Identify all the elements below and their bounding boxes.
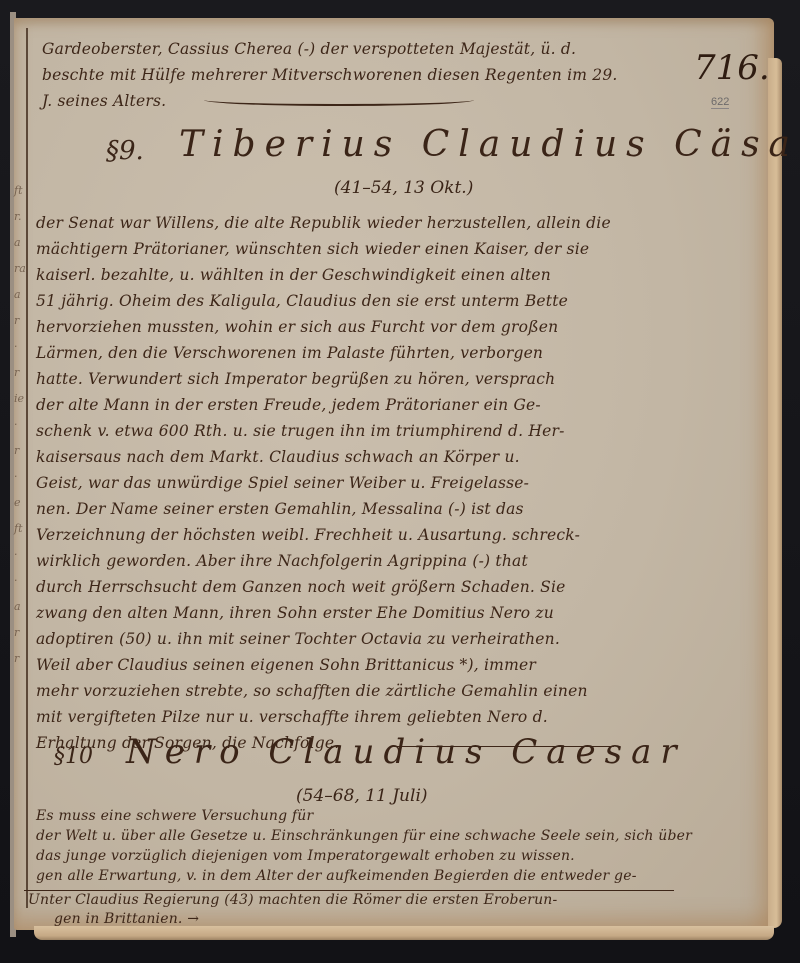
brace-flourish: [204, 94, 474, 106]
margin-rule: [26, 28, 28, 908]
section-dates: (54–68, 11 Juli): [296, 786, 428, 806]
text-line: zwang den alten Mann, ihren Sohn erster …: [36, 604, 554, 622]
bleed-mark: ft: [14, 178, 26, 204]
bleed-mark: ft: [14, 516, 26, 542]
text-line: mehr vorzuziehen strebte, so schafften d…: [36, 682, 588, 700]
text-line: kaiserl. bezahlte, u. wählten in der Ges…: [36, 266, 551, 284]
page-edge-right: [768, 58, 782, 928]
bleed-mark: a: [14, 282, 26, 308]
footnote-line: gen in Brittanien. →: [54, 911, 199, 927]
bleed-mark: r: [14, 360, 26, 386]
text-line: nen. Der Name seiner ersten Gemahlin, Me…: [36, 500, 524, 518]
footnote-divider: [24, 890, 674, 891]
section-title: Tiberius Claudius Cäsar: [179, 124, 800, 165]
text-line: Weil aber Claudius seinen eigenen Sohn B…: [36, 656, 536, 674]
text-line: 51 jährig. Oheim des Kaligula, Claudius …: [36, 292, 568, 310]
text-line: kaisersaus nach dem Markt. Claudius schw…: [36, 448, 520, 466]
text-line: schenk v. etwa 600 Rth. u. sie trugen ih…: [36, 422, 565, 440]
bleed-mark: r: [14, 620, 26, 646]
bleed-mark: ·: [14, 464, 26, 490]
text-line: beschte mit Hülfe mehrerer Mitverschwore…: [42, 66, 618, 84]
text-line: Verzeichnung der höchsten weibl. Frechhe…: [36, 526, 580, 544]
text-line: mächtigern Prätorianer, wünschten sich w…: [36, 240, 589, 258]
text-line: Es muss eine schwere Versuchung für: [36, 808, 313, 824]
text-line: gen alle Erwartung, v. in dem Alter der …: [36, 868, 637, 884]
text-line: hatte. Verwundert sich Imperator begrüße…: [36, 370, 555, 388]
bleed-mark: e: [14, 490, 26, 516]
archive-number: 622: [711, 96, 729, 109]
bleed-mark: a: [14, 230, 26, 256]
section-dates: (41–54, 13 Okt.): [334, 178, 473, 198]
bleed-mark: ·: [14, 412, 26, 438]
text-line: der alte Mann in der ersten Freude, jede…: [36, 396, 541, 414]
text-line: Gardeoberster, Cassius Cherea (-) der ve…: [42, 40, 576, 58]
text-line: adoptiren (50) u. ihn mit seiner Tochter…: [36, 630, 560, 648]
bleed-mark: ·: [14, 542, 26, 568]
text-line: mit vergifteten Pilze nur u. verschaffte…: [36, 708, 548, 726]
text-line: der Senat war Willens, die alte Republik…: [36, 214, 611, 232]
bleed-mark: ·: [14, 568, 26, 594]
text-line: der Welt u. über alle Gesetze u. Einschr…: [36, 828, 692, 844]
footnote-line: Unter Claudius Regierung (43) machten di…: [28, 892, 557, 908]
text-line: durch Herrschsucht dem Ganzen noch weit …: [36, 578, 566, 596]
manuscript-page: ft r. a ra a r · r ie · r · e ft · · a r…: [14, 18, 774, 930]
bleed-mark: r: [14, 308, 26, 334]
section-title: Nero Claudius Caesar: [126, 732, 686, 772]
bleed-mark: ra: [14, 256, 26, 282]
bleed-mark: r.: [14, 204, 26, 230]
folio-number: 716.: [694, 48, 770, 88]
bleed-mark: ie: [14, 386, 26, 412]
text-line: hervorziehen mussten, wohin er sich aus …: [36, 318, 558, 336]
bleed-mark: r: [14, 438, 26, 464]
facing-page-bleed: ft r. a ra a r · r ie · r · e ft · · a r…: [14, 178, 26, 878]
text-line: Lärmen, den die Verschworenen im Palaste…: [36, 344, 543, 362]
bleed-mark: ·: [14, 334, 26, 360]
bleed-mark: a: [14, 594, 26, 620]
section-number: §10: [54, 744, 93, 769]
text-line: wirklich geworden. Aber ihre Nachfolgeri…: [36, 552, 528, 570]
page-edge-bottom: [34, 926, 774, 940]
section-number: §9.: [106, 136, 144, 166]
text-line: J. seines Alters.: [42, 92, 166, 110]
text-line: das junge vorzüglich diejenigen vom Impe…: [36, 848, 575, 864]
bleed-mark: r: [14, 646, 26, 672]
text-line: Geist, war das unwürdige Spiel seiner We…: [36, 474, 529, 492]
